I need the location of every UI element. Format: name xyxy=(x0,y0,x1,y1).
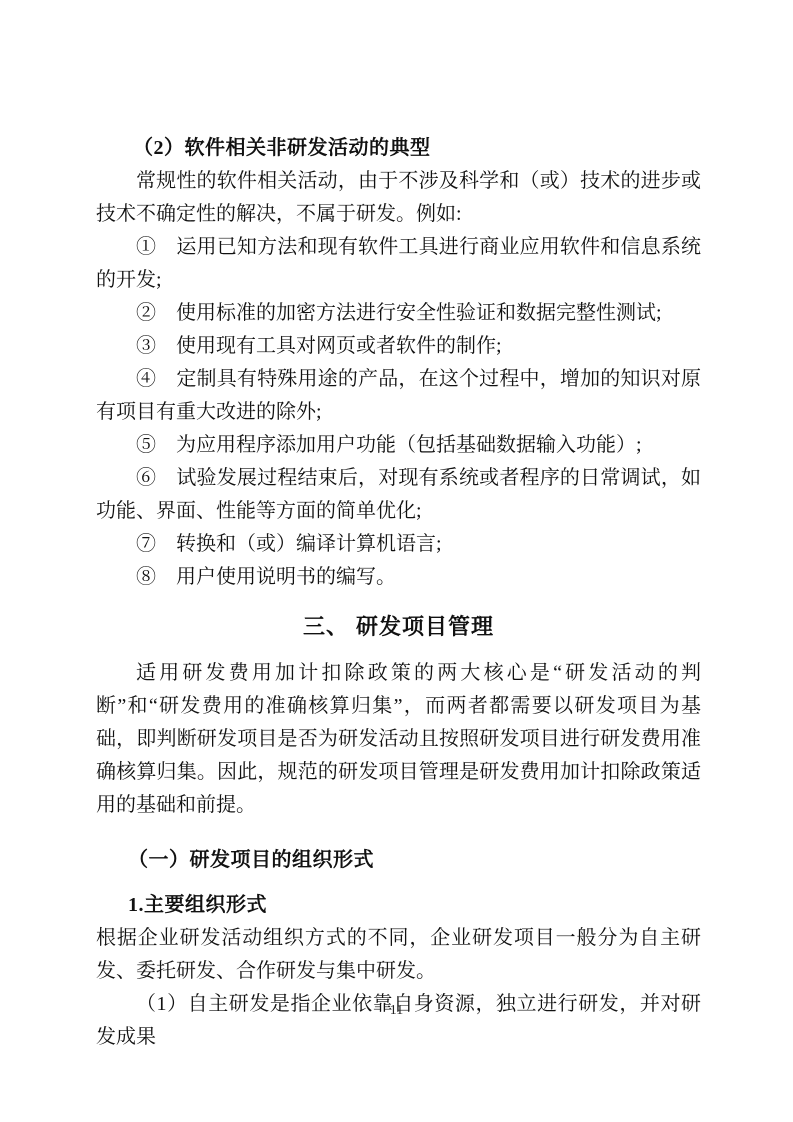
paragraph-self-rd: （1）自主研发是指企业依靠自身资源，独立进行研发，并对研发成果 xyxy=(96,988,701,1054)
list-item-6: ⑥ 试验发展过程结束后，对现有系统或者程序的日常调试，如功能、界面、性能等方面的… xyxy=(96,462,701,528)
paragraph-routine-software: 常规性的软件相关活动，由于不涉及科学和（或）技术的进步或技术不确定性的解决，不属… xyxy=(96,165,701,231)
list-item-7: ⑦ 转换和（或）编译计算机语言; xyxy=(96,528,701,561)
paragraph-organization-types: 根据企业研发活动组织方式的不同，企业研发项目一般分为自主研发、委托研发、合作研发… xyxy=(96,922,701,988)
subsection-title-organization-forms: （一）研发项目的组织形式 xyxy=(96,844,701,877)
paragraph-two-cores: 适用研发费用加计扣除政策的两大核心是“研发活动的判断”和“研发费用的准确核算归集… xyxy=(96,657,701,822)
list-item-4: ④ 定制具有特殊用途的产品，在这个过程中，增加的知识对原有项目有重大改进的除外; xyxy=(96,363,701,429)
list-item-5: ⑤ 为应用程序添加用户功能（包括基础数据输入功能）; xyxy=(96,429,701,462)
list-item-3: ③ 使用现有工具对网页或者软件的制作; xyxy=(96,330,701,363)
section-title-rd-project-management: 三、 研发项目管理 xyxy=(96,612,701,641)
heading-software-non-rd-typical: （2）软件相关非研发活动的典型 xyxy=(96,132,701,165)
document-page: （2）软件相关非研发活动的典型常规性的软件相关活动，由于不涉及科学和（或）技术的… xyxy=(0,0,793,1122)
page-number: 11 xyxy=(0,1002,793,1020)
document-content: （2）软件相关非研发活动的典型常规性的软件相关活动，由于不涉及科学和（或）技术的… xyxy=(96,132,701,1054)
list-item-2: ② 使用标准的加密方法进行安全性验证和数据完整性测试; xyxy=(96,297,701,330)
list-item-1: ① 运用已知方法和现有软件工具进行商业应用软件和信息系统的开发; xyxy=(96,231,701,297)
list-item-8: ⑧ 用户使用说明书的编写。 xyxy=(96,561,701,594)
subheading-main-organization-forms: 1.主要组织形式 xyxy=(96,889,701,922)
